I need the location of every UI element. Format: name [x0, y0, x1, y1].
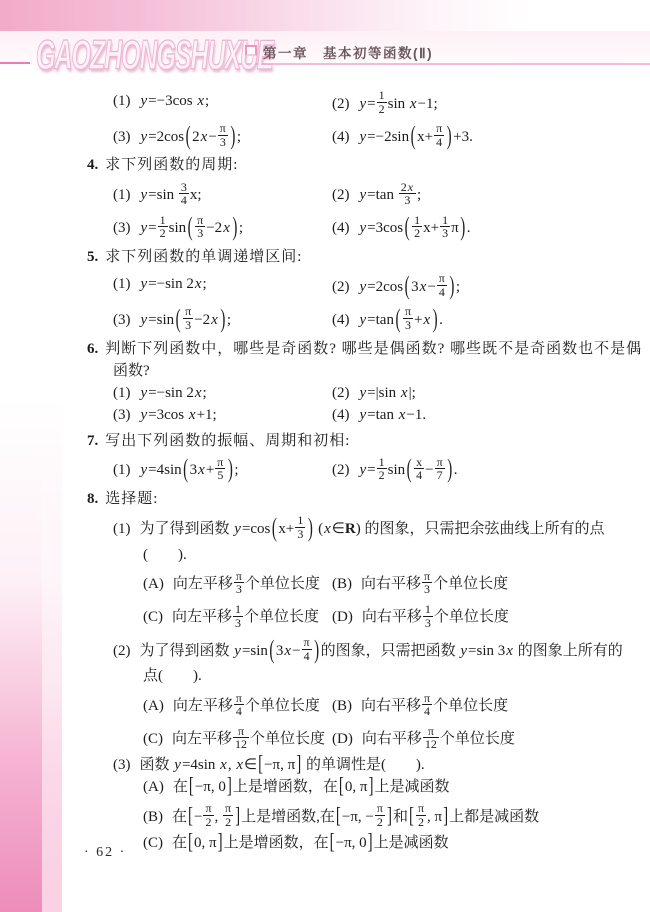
item-label: (3)	[113, 220, 131, 236]
big-paren-open: (	[407, 453, 412, 488]
fraction: 12	[377, 89, 387, 115]
question-text: 求下列函数的周期:	[105, 157, 238, 173]
item-formula: 向左平移π4个单位长度	[173, 698, 320, 714]
item-formula: y=−2sin(x+π4)+3.	[359, 129, 473, 145]
item-formula: y=12sin x−1;	[359, 96, 438, 112]
chapter-title: 第一章 基本初等函数(Ⅱ)	[263, 42, 433, 62]
exercise-item: (D)向右平移13个单位长度	[332, 605, 509, 631]
question-text: 写出下列函数的振幅、周期和初相:	[105, 433, 350, 449]
item-formula: y=3cos(12x+13π).	[359, 220, 471, 236]
question-header: 4.求下列函数的周期:	[0, 155, 650, 175]
big-paren-close: )	[232, 211, 237, 246]
fraction: 12	[158, 214, 168, 240]
item-label: (1)	[113, 385, 131, 401]
header-rule-left	[0, 62, 30, 64]
item-label: (4)	[332, 129, 350, 145]
fraction: π3	[422, 570, 432, 596]
item-formula: y=−3cos x;	[140, 93, 210, 109]
question-number: 7.	[87, 433, 98, 449]
series-watermark-logo: GAOZHONGSHUXUE	[36, 34, 273, 76]
big-paren-close: )	[449, 269, 454, 304]
option-label: (B)	[143, 809, 163, 825]
exercise-item: (A)向左平移π4个单位长度	[143, 694, 332, 720]
item-label: (B)	[332, 576, 352, 592]
continuation-line: 点( ).	[0, 666, 650, 686]
exercise-item: (1)y=−3cos x;	[113, 91, 332, 117]
question-header: 8.选择题:	[0, 489, 650, 509]
big-bracket-close: ]	[218, 828, 223, 857]
big-paren-close: )	[220, 302, 225, 337]
item-label: (1)	[113, 521, 131, 537]
item-formula: y=12sin(π3−2x);	[140, 220, 244, 236]
item-label: (D)	[332, 731, 353, 747]
option-row: (A)向左平移π4个单位长度(B)向右平移π4个单位长度	[0, 694, 650, 720]
item-label: (2)	[113, 643, 131, 659]
exercise-item: (3)y=12sin(π3−2x);	[113, 216, 332, 242]
big-paren-close: )	[228, 453, 233, 488]
exercise-item: (2)y=12sin(x4−π7).	[332, 458, 457, 484]
big-bracket-open: [	[258, 750, 263, 779]
continuation-line: ( ).	[0, 545, 650, 565]
question-text: 判断下列函数中，哪些是奇函数? 哪些是偶函数? 哪些既不是奇函数也不是偶	[105, 341, 642, 357]
item-formula: y=sin 34x;	[140, 187, 202, 203]
option-row: (C)向左平移π12个单位长度(D)向右平移π12个单位长度	[0, 727, 650, 753]
item-label: (B)	[332, 698, 352, 714]
sub-question: (1)为了得到函数 y=cos(x+13) (x∈R) 的图象，只需把余弦曲线上…	[0, 516, 650, 542]
exercise-item: (2)y=12sin x−1;	[332, 91, 438, 117]
item-label: (1)	[113, 93, 131, 109]
item-label: (2)	[332, 385, 350, 401]
big-bracket-open: [	[339, 773, 344, 802]
fraction: π3	[183, 305, 193, 331]
big-paren-close: )	[433, 302, 438, 337]
exercise-item: (B)向右平移π3个单位长度	[332, 572, 508, 598]
fraction: 12	[377, 456, 387, 482]
fraction: 13	[233, 603, 243, 629]
big-paren-open: (	[186, 119, 191, 154]
item-formula: y=sin(π3−2x);	[140, 312, 232, 328]
exercise-item: (C)向左平移π12个单位长度	[143, 727, 332, 753]
option-text: 在[−π2, π2]上是增函数,在[−π, −π2]和[π2, π]上都是减函数	[172, 809, 539, 825]
option-row: (A)向左平移π3个单位长度(B)向右平移π3个单位长度	[0, 572, 650, 598]
item-formula: y=−sin 2x;	[140, 276, 207, 292]
option-text: 在[0, π]上是增函数，在[−π, 0]上是减函数	[172, 835, 449, 851]
fraction: π7	[435, 456, 445, 482]
exercise-item: (B)向右平移π4个单位长度	[332, 694, 508, 720]
item-label: (C)	[143, 609, 163, 625]
big-bracket-open: [	[188, 802, 193, 831]
fraction: 34	[179, 181, 189, 207]
exercise-item: (1)y=4sin(3x+π5);	[113, 458, 332, 484]
exercise-item: (A)向左平移π3个单位长度	[143, 572, 332, 598]
option-line: (A)在[−π, 0]上是增函数，在[0, π]上是减函数	[0, 777, 650, 797]
exercise-item: (3)y=3cos x+1;	[113, 405, 332, 425]
continuation-text: 点( ).	[143, 668, 202, 684]
item-label: (2)	[332, 279, 350, 295]
exercise-item-row: (3)y=2cos(2x−π3);(4)y=−2sin(x+π4)+3.	[0, 124, 650, 150]
fraction: 13	[295, 514, 305, 540]
big-bracket-open: [	[189, 773, 194, 802]
sub-question: (2)为了得到函数 y=sin(3x−π4)的图象，只需把函数 y=sin 3x…	[0, 638, 650, 664]
exercise-item-row: (1)y=4sin(3x+π5);(2)y=12sin(x4−π7).	[0, 458, 650, 484]
question-text: 选择题:	[105, 491, 158, 507]
exercise-item-row: (3)y=12sin(π3−2x);(4)y=3cos(12x+13π).	[0, 216, 650, 242]
exercise-item: (2)y=2cos(3x−π4);	[332, 274, 460, 300]
fraction: 2x3	[399, 181, 416, 207]
fraction: π2	[375, 802, 385, 828]
big-paren-open: (	[405, 211, 410, 246]
big-paren-open: (	[183, 453, 188, 488]
big-bracket-open: [	[330, 828, 335, 857]
exercise-item: (1)y=sin 34x;	[113, 183, 332, 209]
question-text: 求下列函数的单调递增区间:	[105, 249, 302, 265]
big-bracket-open: [	[188, 828, 193, 857]
big-paren-close: )	[230, 119, 235, 154]
fraction: x4	[414, 456, 424, 482]
item-label: (1)	[113, 276, 131, 292]
big-paren-open: (	[395, 302, 400, 337]
item-formula: 向左平移π12个单位长度	[172, 731, 325, 747]
item-formula: y=tan x−1.	[359, 407, 427, 423]
question-number: 4.	[87, 157, 98, 173]
fraction: π3	[403, 305, 413, 331]
big-bracket-close: ]	[235, 802, 240, 831]
fraction: π5	[215, 456, 225, 482]
item-formula: 向右平移13个单位长度	[362, 609, 509, 625]
fraction: π3	[195, 214, 205, 240]
exercise-item: (1)y=−sin 2x;	[113, 274, 332, 300]
big-paren-open: (	[411, 119, 416, 154]
item-label: (1)	[113, 187, 131, 203]
option-label: (A)	[143, 779, 164, 795]
item-label: (3)	[113, 757, 131, 773]
item-label: (3)	[113, 312, 131, 328]
item-formula: y=tan 2x3;	[359, 187, 422, 203]
big-paren-close: )	[447, 453, 452, 488]
exercise-item: (4)y=tan x−1.	[332, 405, 426, 425]
fraction: π4	[434, 122, 444, 148]
continuation-line: 函数?	[0, 361, 650, 381]
exercise-item: (4)y=3cos(12x+13π).	[332, 216, 470, 242]
sub-question: (3)函数 y=4sin x, x∈[−π, π] 的单调性是( ).	[0, 755, 650, 775]
option-row: (C)向左平移13个单位长度(D)向右平移13个单位长度	[0, 605, 650, 631]
exercise-item-row: (3)y=3cos x+1;(4)y=tan x−1.	[0, 405, 650, 425]
item-formula: y=−sin 2x;	[140, 385, 207, 401]
fraction: π4	[302, 636, 312, 662]
exercise-item-row: (1)y=−sin 2x;(2)y=2cos(3x−π4);	[0, 274, 650, 300]
exercise-item: (2)y=tan 2x3;	[332, 183, 421, 209]
question-stem: 函数 y=4sin x, x∈[−π, π] 的单调性是( ).	[140, 757, 425, 773]
question-header: 5.求下列函数的单调递增区间:	[0, 247, 650, 267]
content: (1)y=−3cos x;(2)y=12sin x−1;(3)y=2cos(2x…	[0, 84, 650, 853]
item-formula: y=4sin(3x+π5);	[140, 462, 239, 478]
exercise-item-row: (1)y=sin 34x;(2)y=tan 2x3;	[0, 183, 650, 209]
top-gradient-band	[0, 0, 650, 31]
big-bracket-close: ]	[227, 773, 232, 802]
exercise-item: (1)y=−sin 2x;	[113, 383, 332, 403]
textbook-page: GAOZHONGSHUXUE 第一章 基本初等函数(Ⅱ) (1)y=−3cos …	[0, 0, 650, 912]
big-paren-open: (	[188, 211, 193, 246]
exercise-item-row: (1)y=−3cos x;(2)y=12sin x−1;	[0, 91, 650, 117]
question-number: 6.	[87, 341, 98, 357]
big-paren-open: (	[176, 302, 181, 337]
item-label: (D)	[332, 609, 353, 625]
item-formula: 向右平移π4个单位长度	[361, 698, 508, 714]
item-formula: 向右平移π12个单位长度	[362, 731, 515, 747]
item-formula: y=2cos(3x−π4);	[359, 279, 461, 295]
question-number: 8.	[87, 491, 98, 507]
fraction: π12	[423, 725, 439, 751]
exercise-item: (4)y=−2sin(x+π4)+3.	[332, 124, 473, 150]
big-bracket-close: ]	[387, 802, 392, 831]
big-paren-open: (	[405, 269, 410, 304]
big-paren-close: )	[314, 633, 319, 668]
exercise-item-row: (1)y=−sin 2x;(2)y=|sin x|;	[0, 383, 650, 403]
option-text: 在[−π, 0]上是增函数，在[0, π]上是减函数	[173, 779, 450, 795]
header-rule-right	[238, 63, 650, 65]
item-label: (4)	[332, 407, 350, 423]
item-formula: 向左平移π3个单位长度	[173, 576, 320, 592]
big-paren-close: )	[447, 119, 452, 154]
fraction: π4	[437, 272, 447, 298]
big-bracket-close: ]	[368, 773, 373, 802]
exercise-item: (D)向右平移π12个单位长度	[332, 727, 515, 753]
big-bracket-close: ]	[296, 750, 301, 779]
item-label: (C)	[143, 731, 163, 747]
option-line: (B)在[−π2, π2]上是增函数,在[−π, −π2]和[π2, π]上都是…	[0, 804, 650, 830]
question-stem: 为了得到函数 y=cos(x+13) (x∈R) 的图象，只需把余弦曲线上所有的…	[140, 521, 605, 537]
item-label: (4)	[332, 312, 350, 328]
big-bracket-open: [	[409, 802, 414, 831]
item-label: (A)	[143, 576, 164, 592]
fraction: π4	[422, 692, 432, 718]
item-label: (2)	[332, 187, 350, 203]
chapter-square-icon	[245, 45, 257, 56]
item-label: (3)	[113, 407, 131, 423]
item-formula: 向右平移π3个单位长度	[361, 576, 508, 592]
question-header: 6.判断下列函数中，哪些是奇函数? 哪些是偶函数? 哪些既不是奇函数也不是偶	[0, 339, 650, 359]
fraction: π2	[203, 802, 213, 828]
item-label: (2)	[332, 96, 350, 112]
big-paren-open: (	[269, 633, 274, 668]
big-bracket-close: ]	[443, 802, 448, 831]
continuation-text: ( ).	[143, 547, 187, 563]
fraction: 13	[423, 603, 433, 629]
item-label: (1)	[113, 462, 131, 478]
fraction: π2	[223, 802, 233, 828]
exercise-item: (3)y=2cos(2x−π3);	[113, 124, 332, 150]
item-formula: 向左平移13个单位长度	[172, 609, 319, 625]
item-label: (2)	[332, 462, 350, 478]
exercise-item-row: (3)y=sin(π3−2x);(4)y=tan(π3+x).	[0, 307, 650, 333]
exercise-item: (2)y=|sin x|;	[332, 383, 416, 403]
exercise-item: (4)y=tan(π3+x).	[332, 307, 443, 333]
big-bracket-open: [	[336, 802, 341, 831]
exercise-item: (C)向左平移13个单位长度	[143, 605, 332, 631]
fraction: π2	[416, 802, 426, 828]
item-formula: y=2cos(2x−π3);	[140, 129, 242, 145]
page-number: · 62 ·	[84, 845, 126, 861]
item-formula: y=tan(π3+x).	[359, 312, 443, 328]
big-paren-close: )	[460, 211, 465, 246]
item-formula: y=|sin x|;	[359, 385, 416, 401]
item-formula: y=3cos x+1;	[140, 407, 217, 423]
big-paren-close: )	[308, 511, 313, 546]
fraction: 13	[440, 214, 450, 240]
fraction: π3	[234, 570, 244, 596]
continuation-text: 函数?	[113, 363, 150, 379]
fraction: π12	[233, 725, 249, 751]
option-label: (C)	[143, 835, 163, 851]
big-paren-open: (	[272, 511, 277, 546]
exercise-item: (3)y=sin(π3−2x);	[113, 307, 332, 333]
question-number: 5.	[87, 249, 98, 265]
item-label: (A)	[143, 698, 164, 714]
fraction: 12	[412, 214, 422, 240]
question-header: 7.写出下列函数的振幅、周期和初相:	[0, 431, 650, 451]
fraction: π4	[234, 692, 244, 718]
item-formula: y=12sin(x4−π7).	[359, 462, 458, 478]
item-label: (3)	[113, 129, 131, 145]
item-label: (4)	[332, 220, 350, 236]
question-stem: 为了得到函数 y=sin(3x−π4)的图象，只需把函数 y=sin 3x 的图…	[140, 643, 623, 659]
big-bracket-close: ]	[368, 828, 373, 857]
fraction: π3	[218, 122, 228, 148]
